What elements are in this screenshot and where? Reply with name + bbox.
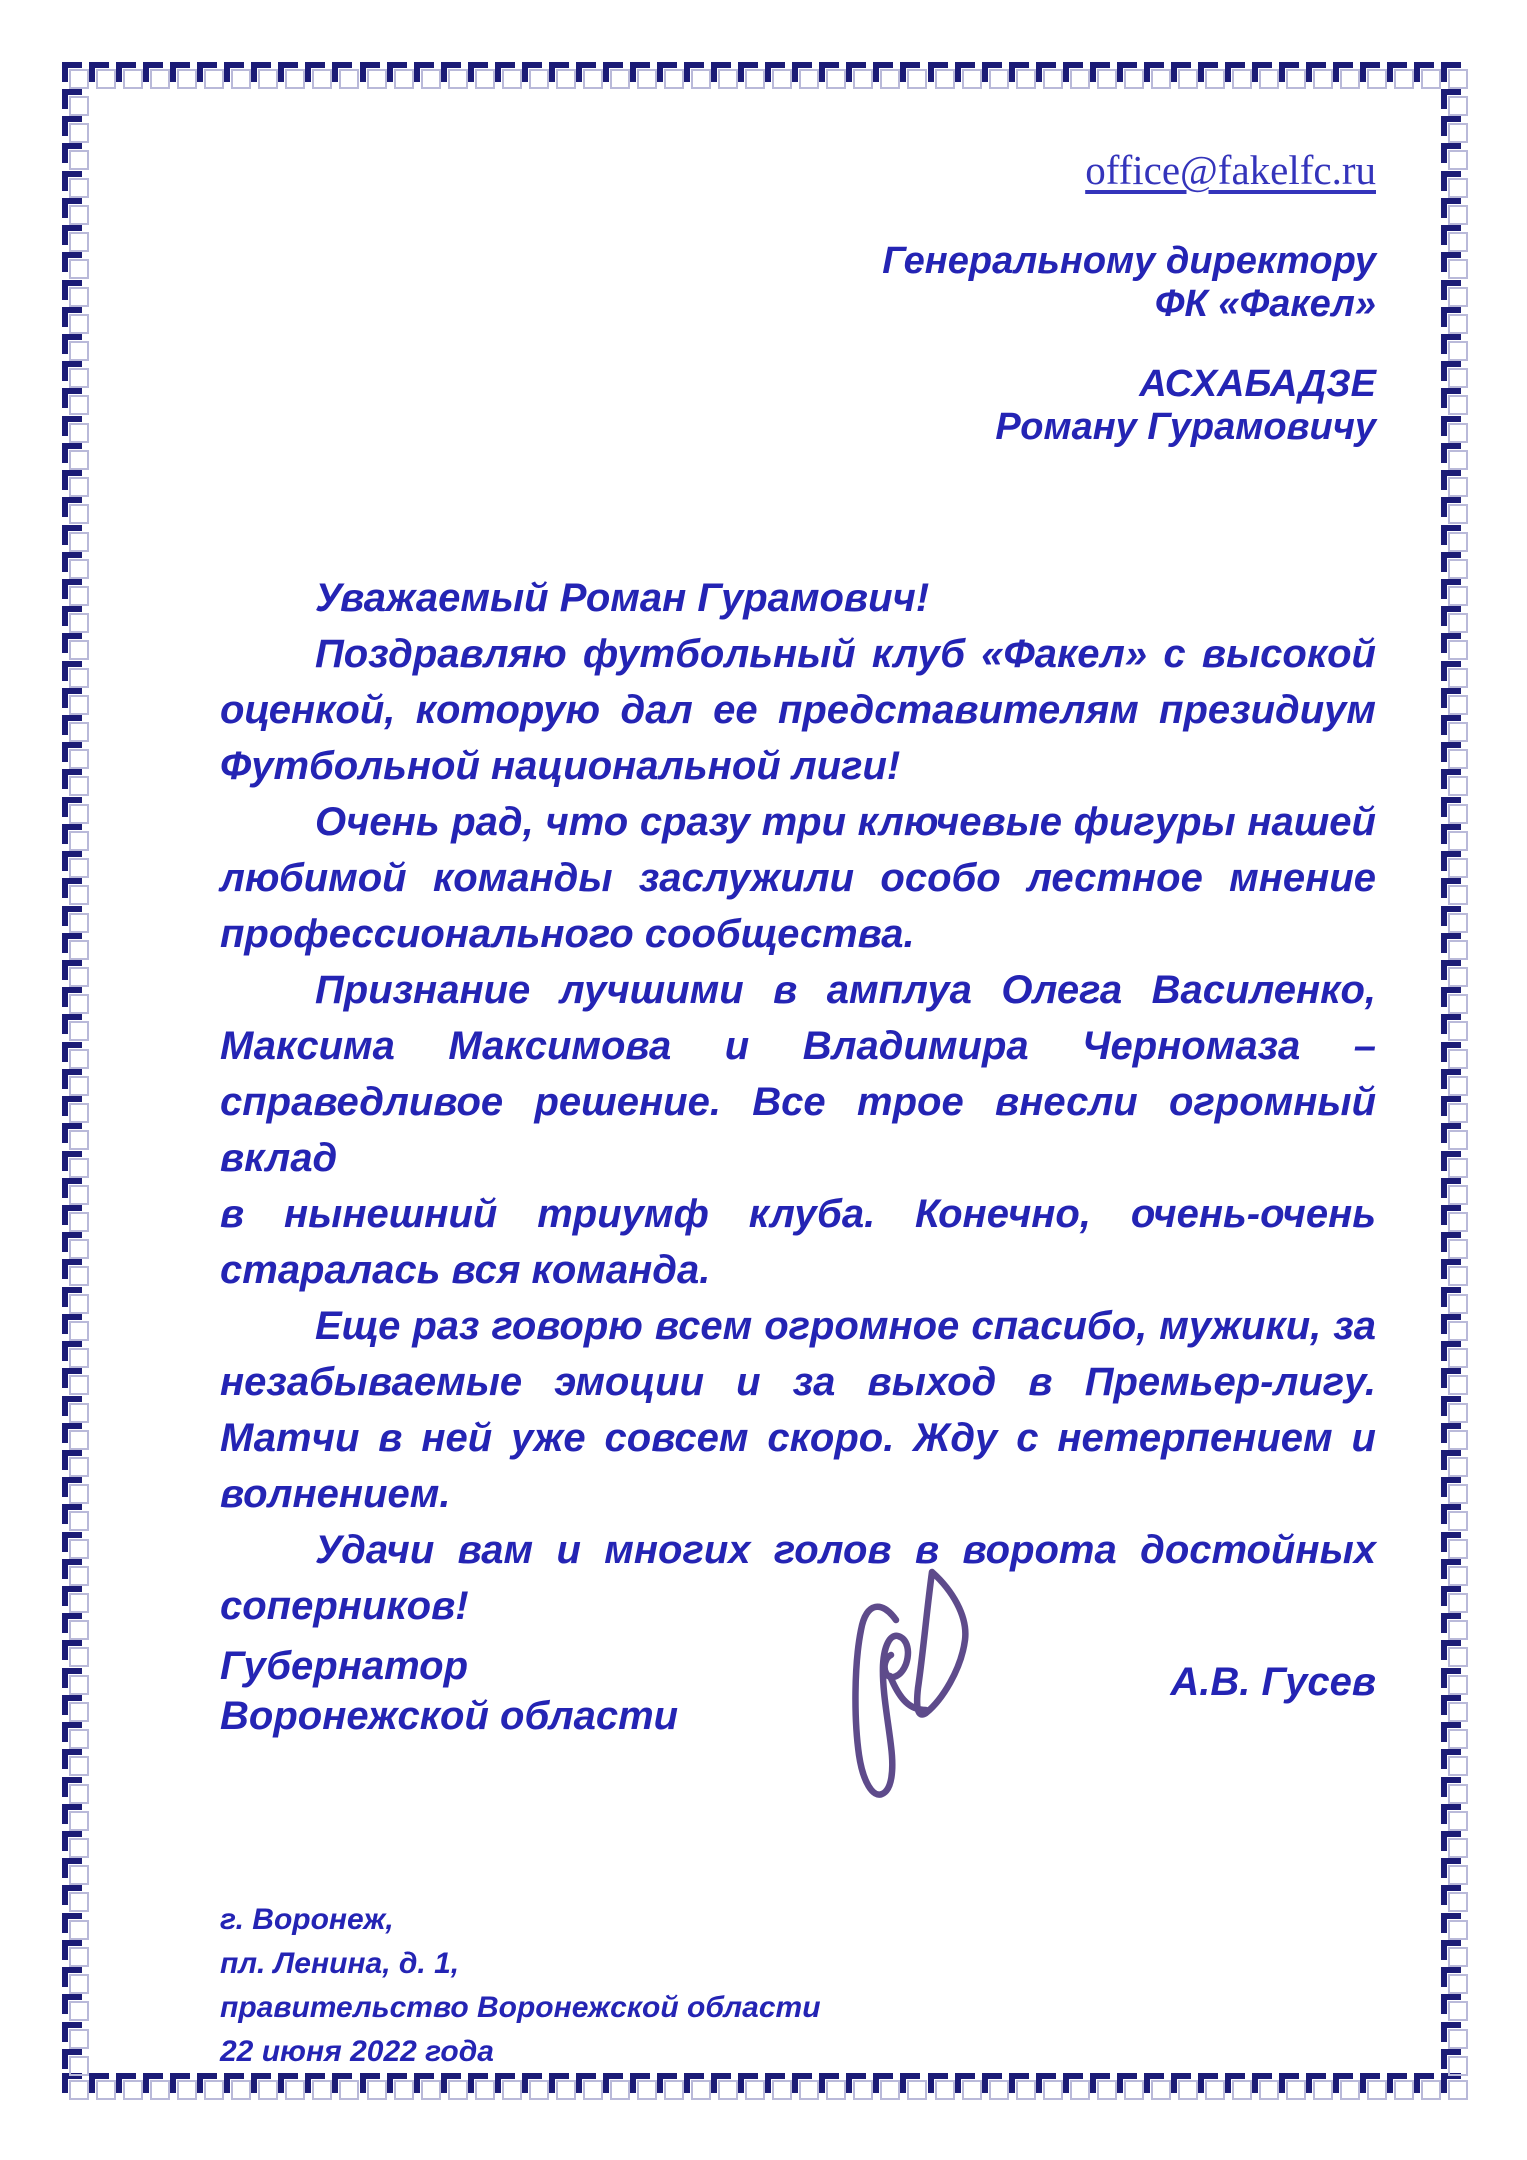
border-unit — [1441, 497, 1465, 521]
signature-scribble — [846, 1550, 998, 1832]
border-unit — [62, 1858, 86, 1882]
border-unit — [414, 2073, 438, 2097]
border-unit — [1441, 198, 1465, 222]
border-unit — [1441, 1096, 1465, 1120]
recipient-line: ФК «Факел» — [882, 283, 1376, 326]
border-unit — [1441, 1777, 1465, 1801]
border-unit — [62, 89, 86, 113]
body-line: Матчи в ней уже совсем скоро. Жду с нете… — [220, 1410, 1376, 1466]
border-unit — [62, 443, 86, 467]
footer-line: пл. Ленина, д. 1, — [220, 1942, 821, 1986]
border-unit — [1387, 2073, 1411, 2097]
border-unit — [1441, 1722, 1465, 1746]
border-unit — [1441, 470, 1465, 494]
border-unit — [62, 1396, 86, 1420]
border-unit — [62, 1640, 86, 1664]
body-line: в нынешний триумф клуба. Конечно, очень-… — [220, 1186, 1376, 1242]
border-unit — [657, 62, 681, 86]
border-unit — [1441, 280, 1465, 304]
recipient-gap — [882, 326, 1376, 363]
border-unit — [1441, 987, 1465, 1011]
border-unit — [62, 470, 86, 494]
border-unit — [1441, 1804, 1465, 1828]
border-unit — [1441, 252, 1465, 276]
border-unit — [62, 361, 86, 385]
border-unit — [1441, 1504, 1465, 1528]
border-unit — [62, 1205, 86, 1229]
body-line: оценкой, которую дал ее представителям п… — [220, 682, 1376, 738]
border-unit — [62, 606, 86, 630]
border-unit — [360, 62, 384, 86]
body-line: Максима Максимова и Владимира Черномаза … — [220, 1018, 1376, 1074]
border-unit — [89, 2073, 113, 2097]
border-unit — [900, 62, 924, 86]
border-unit — [62, 1450, 86, 1474]
border-unit — [1252, 62, 1276, 86]
paragraph: Очень рад, что сразу три ключевые фигуры… — [220, 794, 1376, 962]
border-unit — [62, 742, 86, 766]
border-unit — [62, 1096, 86, 1120]
border-unit — [1252, 2073, 1276, 2097]
border-unit — [1441, 1123, 1465, 1147]
border-unit — [1198, 2073, 1222, 2097]
border-unit — [657, 2073, 681, 2097]
border-unit — [62, 1885, 86, 1909]
border-unit — [1441, 2049, 1465, 2073]
body-line: Футбольной национальной лиги! — [220, 738, 1376, 794]
border-unit — [305, 62, 329, 86]
border-unit — [62, 1940, 86, 1964]
border-unit — [1441, 1994, 1465, 2018]
body-line: старалась вся команда. — [220, 1242, 1376, 1298]
border-unit — [62, 1314, 86, 1338]
border-unit — [1279, 62, 1303, 86]
border-unit — [1333, 62, 1357, 86]
border-unit — [1441, 388, 1465, 412]
border-unit — [62, 1287, 86, 1311]
border-unit — [846, 2073, 870, 2097]
border-unit — [1441, 1858, 1465, 1882]
border-unit — [1441, 1831, 1465, 1855]
border-unit — [441, 62, 465, 86]
border-unit — [62, 1722, 86, 1746]
body-line: незабываемые эмоции и за выход в Премьер… — [220, 1354, 1376, 1410]
border-unit — [1198, 62, 1222, 86]
paragraph: Удачи вам и многих голов в ворота достой… — [220, 1522, 1376, 1634]
border-unit — [1441, 1396, 1465, 1420]
border-unit — [711, 62, 735, 86]
border-unit — [603, 62, 627, 86]
border-unit — [1009, 2073, 1033, 2097]
body-line: Еще раз говорю всем огромное спасибо, му… — [220, 1298, 1376, 1354]
border-unit — [1441, 89, 1465, 113]
border-unit — [873, 2073, 897, 2097]
border-unit — [62, 497, 86, 521]
border-unit — [387, 2073, 411, 2097]
border-unit — [1441, 1885, 1465, 1909]
border-unit — [1441, 443, 1465, 467]
border-unit — [1441, 742, 1465, 766]
border-unit — [928, 62, 952, 86]
border-unit — [1225, 62, 1249, 86]
border-unit — [62, 1423, 86, 1447]
border-unit — [1441, 1450, 1465, 1474]
border-unit — [62, 579, 86, 603]
border-unit — [62, 1151, 86, 1175]
border-unit — [62, 1368, 86, 1392]
body-line: волнением. — [220, 1466, 1376, 1522]
body-line: соперников! — [220, 1578, 1376, 1634]
border-unit — [1441, 1940, 1465, 1964]
page-border-bottom — [62, 2073, 1466, 2101]
border-unit — [1441, 1913, 1465, 1937]
border-unit — [630, 62, 654, 86]
border-unit — [62, 225, 86, 249]
border-unit — [1144, 62, 1168, 86]
border-unit — [630, 2073, 654, 2097]
border-unit — [684, 2073, 708, 2097]
border-unit — [62, 1123, 86, 1147]
border-unit — [1441, 1014, 1465, 1038]
border-unit — [62, 1232, 86, 1256]
border-unit — [1387, 62, 1411, 86]
border-unit — [819, 62, 843, 86]
border-unit — [62, 552, 86, 576]
border-unit — [62, 62, 86, 86]
body-line: Признание лучшими в амплуа Олега Василен… — [220, 962, 1376, 1018]
border-unit — [1441, 552, 1465, 576]
border-unit — [1441, 906, 1465, 930]
border-unit — [1360, 62, 1384, 86]
border-unit — [738, 62, 762, 86]
border-unit — [224, 2073, 248, 2097]
paragraph: Уважаемый Роман Гурамович! — [220, 570, 1376, 626]
border-unit — [549, 62, 573, 86]
border-unit — [1333, 2073, 1357, 2097]
border-unit — [1306, 62, 1330, 86]
border-unit — [792, 62, 816, 86]
border-unit — [1441, 143, 1465, 167]
border-unit — [738, 2073, 762, 2097]
border-unit — [1441, 1532, 1465, 1556]
border-unit — [1441, 1178, 1465, 1202]
border-unit — [1441, 1477, 1465, 1501]
paragraph: Еще раз говорю всем огромное спасибо, му… — [220, 1298, 1376, 1522]
border-unit — [1441, 960, 1465, 984]
border-unit — [62, 1069, 86, 1093]
border-unit — [1441, 1314, 1465, 1338]
border-unit — [468, 2073, 492, 2097]
border-unit — [170, 2073, 194, 2097]
border-unit — [1117, 62, 1141, 86]
border-unit — [62, 1504, 86, 1528]
border-unit — [62, 334, 86, 358]
border-unit — [1063, 62, 1087, 86]
border-unit — [819, 2073, 843, 2097]
border-unit — [62, 987, 86, 1011]
border-unit — [1441, 1341, 1465, 1365]
letter-page: office@fakelfc.ru Генеральному директору… — [0, 0, 1527, 2160]
border-unit — [1036, 2073, 1060, 2097]
border-unit — [62, 143, 86, 167]
border-unit — [1414, 2073, 1438, 2097]
body-line: Удачи вам и многих голов в ворота достой… — [220, 1522, 1376, 1578]
body-line: профессионального сообщества. — [220, 906, 1376, 962]
border-unit — [1441, 334, 1465, 358]
border-unit — [143, 2073, 167, 2097]
border-unit — [62, 1042, 86, 1066]
border-unit — [1441, 1695, 1465, 1719]
border-unit — [116, 2073, 140, 2097]
border-unit — [495, 2073, 519, 2097]
border-unit — [1441, 1586, 1465, 1610]
border-unit — [62, 1831, 86, 1855]
border-unit — [441, 2073, 465, 2097]
border-unit — [62, 388, 86, 412]
border-unit — [62, 851, 86, 875]
border-unit — [62, 906, 86, 930]
sender-email: office@fakelfc.ru — [1085, 146, 1376, 194]
border-unit — [62, 1259, 86, 1283]
border-unit — [1441, 1967, 1465, 1991]
border-unit — [1441, 851, 1465, 875]
border-unit — [603, 2073, 627, 2097]
border-unit — [1036, 62, 1060, 86]
border-unit — [1441, 688, 1465, 712]
signer-title-line: Воронежской области — [220, 1691, 678, 1741]
border-unit — [62, 116, 86, 140]
page-border-left — [62, 89, 90, 2073]
border-unit — [1441, 715, 1465, 739]
border-unit — [62, 1695, 86, 1719]
border-unit — [576, 2073, 600, 2097]
border-unit — [1144, 2073, 1168, 2097]
border-unit — [62, 824, 86, 848]
border-unit — [360, 2073, 384, 2097]
border-unit — [62, 198, 86, 222]
border-unit — [387, 62, 411, 86]
border-unit — [765, 62, 789, 86]
border-unit — [224, 62, 248, 86]
border-unit — [62, 1178, 86, 1202]
border-unit — [62, 1586, 86, 1610]
border-unit — [1441, 1151, 1465, 1175]
border-unit — [278, 2073, 302, 2097]
border-unit — [62, 933, 86, 957]
border-unit — [62, 769, 86, 793]
border-unit — [62, 661, 86, 685]
border-unit — [197, 62, 221, 86]
border-unit — [305, 2073, 329, 2097]
border-unit — [62, 416, 86, 440]
border-unit — [1441, 1559, 1465, 1583]
border-unit — [1441, 1259, 1465, 1283]
recipient-line: АСХАБАДЗЕ — [882, 363, 1376, 406]
border-unit — [62, 1613, 86, 1637]
border-unit — [522, 2073, 546, 2097]
border-unit — [1441, 933, 1465, 957]
border-unit — [1441, 661, 1465, 685]
border-unit — [278, 62, 302, 86]
border-unit — [62, 878, 86, 902]
border-unit — [62, 171, 86, 195]
signer-title-block: Губернатор Воронежской области — [220, 1641, 678, 1741]
border-unit — [116, 62, 140, 86]
border-unit — [62, 1777, 86, 1801]
border-unit — [251, 62, 275, 86]
border-unit — [332, 2073, 356, 2097]
recipient-line: Генеральному директору — [882, 240, 1376, 283]
border-unit — [62, 960, 86, 984]
border-unit — [1279, 2073, 1303, 2097]
border-unit — [1117, 2073, 1141, 2097]
border-unit — [62, 1559, 86, 1583]
border-unit — [1090, 62, 1114, 86]
border-unit — [62, 252, 86, 276]
border-unit — [1441, 116, 1465, 140]
border-unit — [1441, 1668, 1465, 1692]
border-unit — [1441, 307, 1465, 331]
border-unit — [62, 1014, 86, 1038]
recipient-line: Роману Гурамовичу — [882, 406, 1376, 449]
border-unit — [765, 2073, 789, 2097]
letter-footer: г. Воронеж, пл. Ленина, д. 1, правительс… — [220, 1898, 821, 2074]
signer-title-line: Губернатор — [220, 1641, 678, 1691]
border-unit — [495, 62, 519, 86]
border-unit — [468, 62, 492, 86]
border-unit — [62, 1913, 86, 1937]
border-unit — [1441, 2073, 1465, 2097]
paragraph: Признание лучшими в амплуа Олега Василен… — [220, 962, 1376, 1298]
border-unit — [1441, 525, 1465, 549]
border-unit — [62, 1967, 86, 1991]
border-unit — [1441, 824, 1465, 848]
border-unit — [955, 62, 979, 86]
paragraph: Поздравляю футбольный клуб «Факел» с выс… — [220, 626, 1376, 794]
border-unit — [332, 62, 356, 86]
page-border-right — [1441, 89, 1469, 2073]
border-unit — [1441, 1613, 1465, 1637]
border-unit — [1441, 1069, 1465, 1093]
border-unit — [1441, 1232, 1465, 1256]
border-unit — [1171, 2073, 1195, 2097]
border-unit — [62, 1994, 86, 2018]
page-border-top — [62, 62, 1466, 90]
border-unit — [414, 62, 438, 86]
footer-line: правительство Воронежской области — [220, 1986, 821, 2030]
border-unit — [62, 2073, 86, 2097]
border-unit — [197, 2073, 221, 2097]
footer-line: г. Воронеж, — [220, 1898, 821, 1942]
border-unit — [1441, 1640, 1465, 1664]
body-line: любимой команды заслужили особо лестное … — [220, 850, 1376, 906]
border-unit — [982, 2073, 1006, 2097]
border-unit — [1441, 1205, 1465, 1229]
border-unit — [1441, 1287, 1465, 1311]
border-unit — [928, 2073, 952, 2097]
border-unit — [846, 62, 870, 86]
border-unit — [62, 1804, 86, 1828]
border-unit — [62, 797, 86, 821]
border-unit — [982, 62, 1006, 86]
border-unit — [1441, 797, 1465, 821]
border-unit — [62, 2022, 86, 2046]
border-unit — [1441, 606, 1465, 630]
border-unit — [1441, 171, 1465, 195]
border-unit — [522, 62, 546, 86]
border-unit — [62, 307, 86, 331]
border-unit — [576, 62, 600, 86]
border-unit — [1090, 2073, 1114, 2097]
body-line: Уважаемый Роман Гурамович! — [220, 570, 1376, 626]
border-unit — [1441, 579, 1465, 603]
border-unit — [792, 2073, 816, 2097]
border-unit — [62, 525, 86, 549]
border-unit — [62, 1341, 86, 1365]
border-unit — [1441, 2022, 1465, 2046]
border-unit — [711, 2073, 735, 2097]
border-unit — [1009, 62, 1033, 86]
body-line: Очень рад, что сразу три ключевые фигуры… — [220, 794, 1376, 850]
border-unit — [1441, 225, 1465, 249]
border-unit — [1306, 2073, 1330, 2097]
border-unit — [1414, 62, 1438, 86]
border-unit — [955, 2073, 979, 2097]
letter-body: Уважаемый Роман Гурамович! Поздравляю фу… — [220, 570, 1376, 1634]
border-unit — [1171, 62, 1195, 86]
border-unit — [1441, 1749, 1465, 1773]
border-unit — [62, 1668, 86, 1692]
border-unit — [62, 1532, 86, 1556]
border-unit — [62, 1477, 86, 1501]
border-unit — [62, 2049, 86, 2073]
border-unit — [1441, 62, 1465, 86]
border-unit — [251, 2073, 275, 2097]
recipient-block: Генеральному директору ФК «Факел» АСХАБА… — [882, 240, 1376, 449]
border-unit — [62, 715, 86, 739]
body-line: Поздравляю футбольный клуб «Факел» с выс… — [220, 626, 1376, 682]
border-unit — [1441, 1423, 1465, 1447]
signer-name: А.В. Гусев — [1170, 1660, 1376, 1705]
border-unit — [62, 280, 86, 304]
border-unit — [1441, 416, 1465, 440]
border-unit — [1441, 769, 1465, 793]
border-unit — [62, 1749, 86, 1773]
border-unit — [1441, 1042, 1465, 1066]
border-unit — [900, 2073, 924, 2097]
border-unit — [1441, 1368, 1465, 1392]
border-unit — [1441, 633, 1465, 657]
border-unit — [1063, 2073, 1087, 2097]
border-unit — [684, 62, 708, 86]
border-unit — [62, 688, 86, 712]
border-unit — [873, 62, 897, 86]
border-unit — [1225, 2073, 1249, 2097]
border-unit — [143, 62, 167, 86]
border-unit — [89, 62, 113, 86]
border-unit — [170, 62, 194, 86]
border-unit — [1441, 361, 1465, 385]
border-unit — [1360, 2073, 1384, 2097]
border-unit — [62, 633, 86, 657]
footer-line: 22 июня 2022 года — [220, 2030, 821, 2074]
body-line: справедливое решение. Все трое внесли ог… — [220, 1074, 1376, 1186]
border-unit — [549, 2073, 573, 2097]
border-unit — [1441, 878, 1465, 902]
